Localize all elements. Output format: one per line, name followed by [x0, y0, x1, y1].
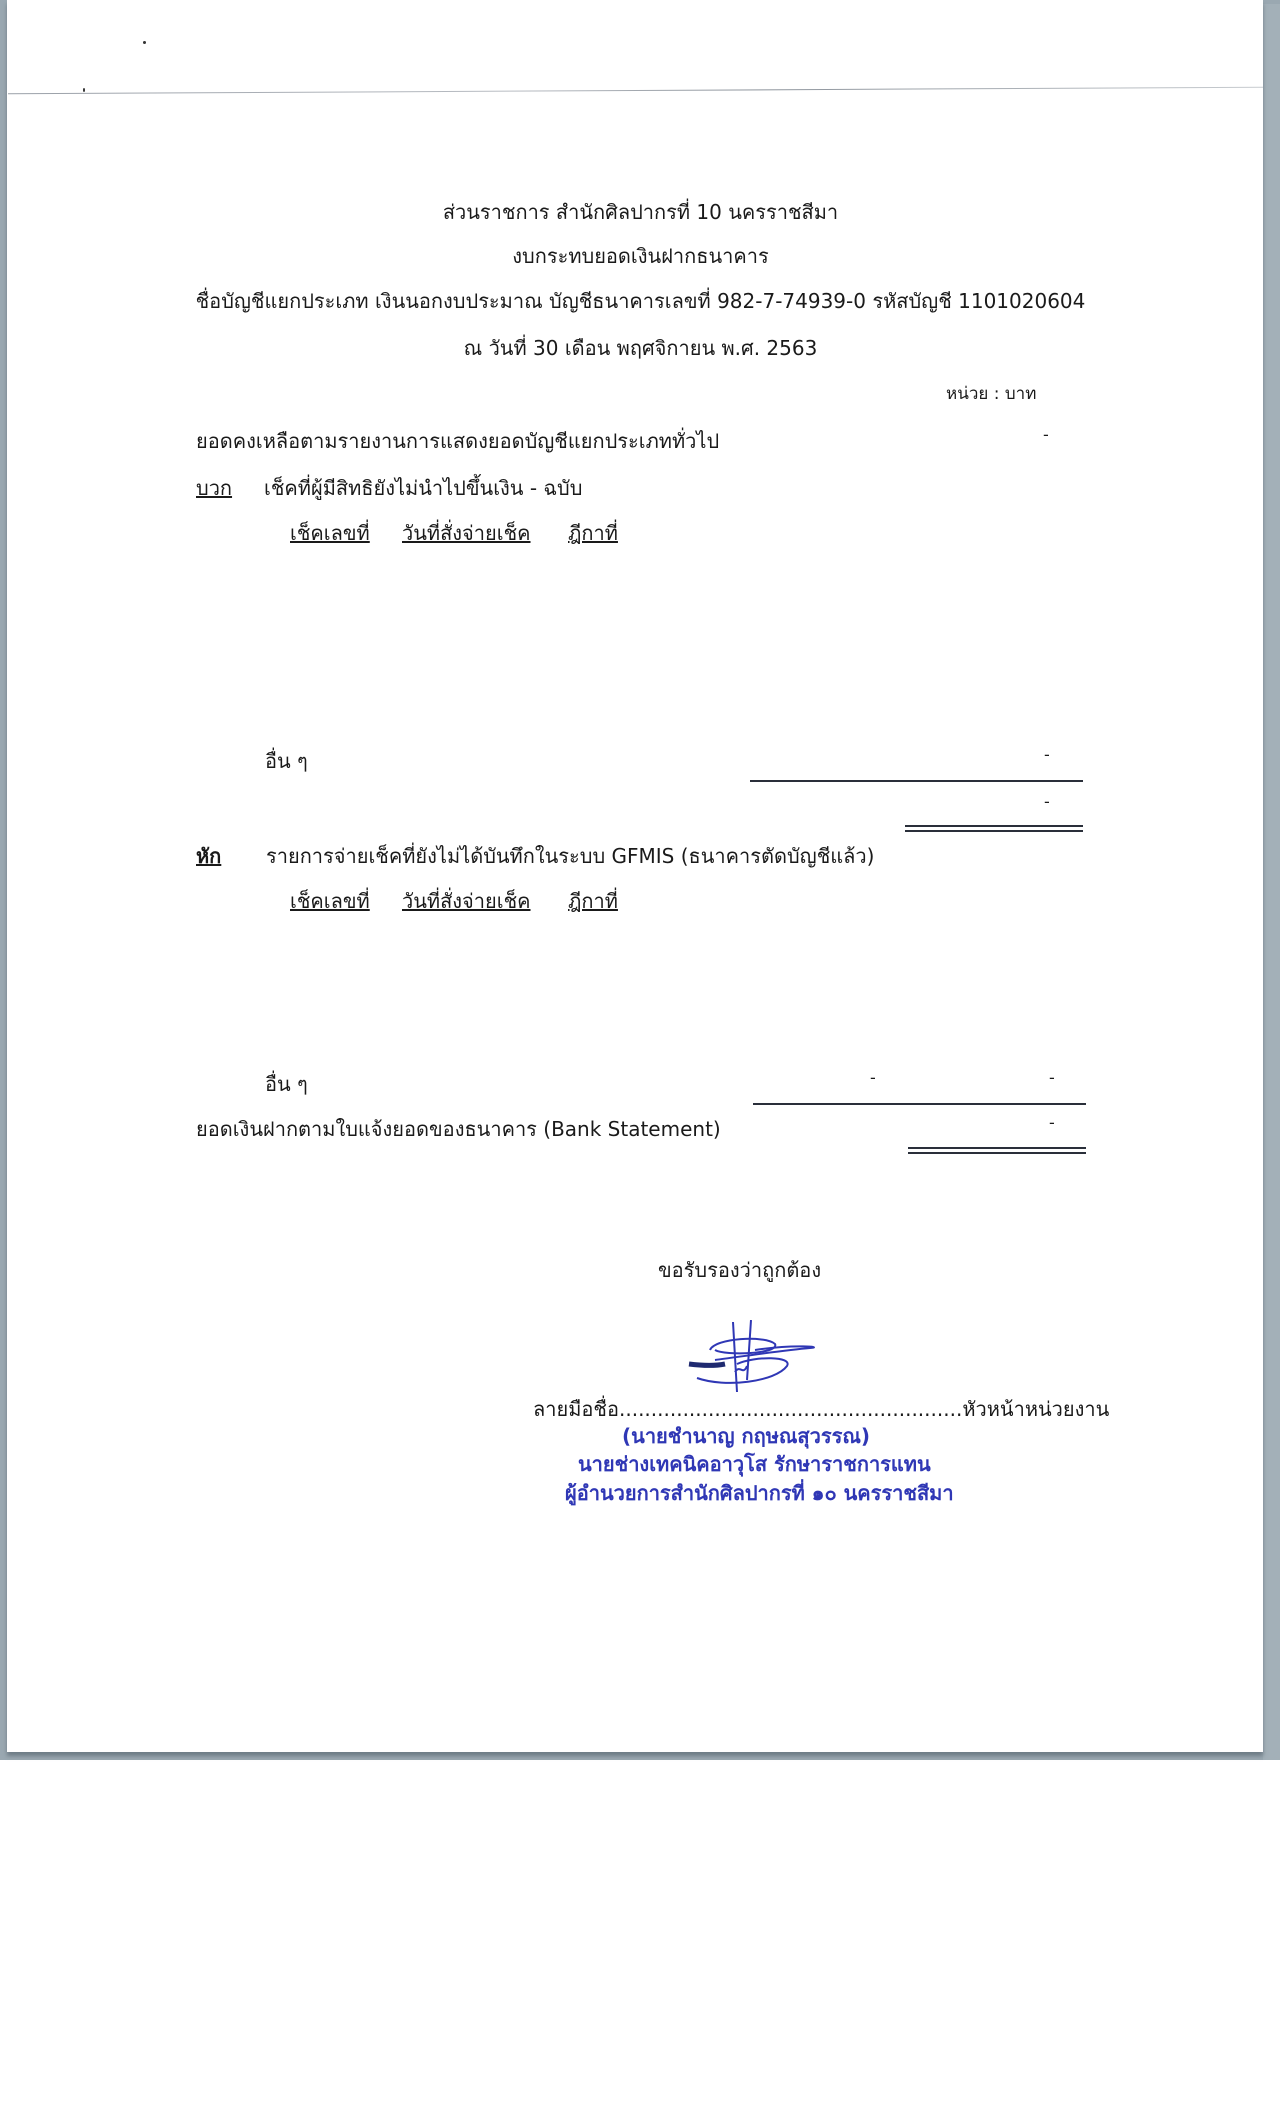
add-keyword: บวก — [196, 472, 232, 504]
deduct-other-amount-right: - — [1049, 1068, 1055, 1087]
add-col-voucher-no: ฎีกาที่ — [568, 517, 618, 549]
subtotal-rule — [750, 780, 1083, 782]
scan-speck — [83, 88, 85, 92]
signature-mark — [685, 1320, 835, 1400]
ledger-balance-amount: - — [1043, 425, 1049, 444]
date-line: ณ วันที่ 30 เดือน พฤศจิกายน พ.ศ. 2563 — [0, 332, 1281, 364]
bank-statement-label: ยอดเงินฝากตามใบแจ้งยอดของธนาคาร (Bank St… — [196, 1113, 721, 1145]
deduct-col-cheque-date: วันที่สั่งจ่ายเช็ค — [402, 885, 531, 917]
signature-suffix: หัวหน้าหน่วยงาน — [962, 1397, 1109, 1421]
agency-heading: ส่วนราชการ สำนักศิลปากรที่ 10 นครราชสีมา — [0, 196, 1281, 228]
signer-position: นายช่างเทคนิคอาวุโส รักษาราชการแทน — [578, 1448, 931, 1480]
add-subtotal-amount: - — [1044, 792, 1050, 811]
signer-title: ผู้อำนวยการสำนักศิลปากรที่ ๑๐ นครราชสีมา — [565, 1477, 954, 1509]
total-double-rule — [905, 825, 1083, 832]
unit-label: หน่วย : บาท — [946, 380, 1036, 407]
add-description: เช็คที่ผู้มีสิทธิยังไม่นำไปขึ้นเงิน - ฉบ… — [264, 472, 582, 504]
account-line: ชื่อบัญชีแยกประเภท เงินนอกงบประมาณ บัญชี… — [0, 285, 1281, 317]
add-other-amount: - — [1044, 745, 1050, 764]
ledger-balance-label: ยอดคงเหลือตามรายงานการแสดงยอดบัญชีแยกประ… — [196, 425, 719, 457]
deduct-other-amount-left: - — [870, 1068, 876, 1087]
total-double-rule — [908, 1147, 1086, 1154]
deduct-description: รายการจ่ายเช็คที่ยังไม่ได้บันทึกในระบบ G… — [266, 840, 874, 872]
deduct-other-label: อื่น ๆ — [265, 1068, 308, 1100]
add-col-cheque-date: วันที่สั่งจ่ายเช็ค — [402, 517, 531, 549]
document-title: งบกระทบยอดเงินฝากธนาคาร — [0, 240, 1281, 272]
signature-dots: ........................................… — [619, 1397, 962, 1421]
scan-speck — [143, 41, 146, 44]
certification-text: ขอรับรองว่าถูกต้อง — [658, 1254, 821, 1286]
deduct-col-cheque-no: เช็คเลขที่ — [290, 885, 370, 917]
deduct-keyword: หัก — [196, 840, 221, 872]
add-col-cheque-no: เช็คเลขที่ — [290, 517, 370, 549]
subtotal-rule — [753, 1103, 1086, 1105]
deduct-col-voucher-no: ฎีกาที่ — [568, 885, 618, 917]
bank-statement-amount: - — [1049, 1113, 1055, 1132]
signature-prefix: ลายมือชื่อ — [533, 1397, 619, 1421]
add-other-label: อื่น ๆ — [265, 745, 308, 777]
